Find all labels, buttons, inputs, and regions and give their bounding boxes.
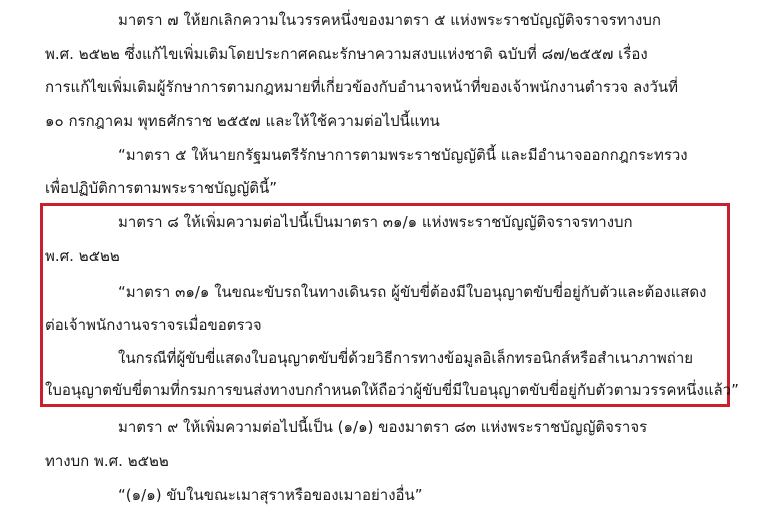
section-8-quote-line-2: ต่อเจ้าพนักงานจราจรเมื่อขอตรวจ xyxy=(45,315,262,335)
section-8-line-2: พ.ศ. ๒๕๒๒ xyxy=(45,246,120,266)
section-9-line-1: มาตรา ๙ ให้เพิ่มความต่อไปนี้เป็น (๑/๑) ข… xyxy=(118,417,647,437)
section-7-line-3: การแก้ไขเพิ่มเติมผู้รักษาการตามกฎหมายที่… xyxy=(45,77,678,97)
section-7-line-1: มาตรา ๗ ให้ยกเลิกความในวรรคหนึ่งของมาตรา… xyxy=(118,10,661,30)
section-7-line-4: ๑๐ กรกฎาคม พุทธศักราช ๒๕๕๗ และให้ใช้ความ… xyxy=(45,111,440,131)
section-7-quote-line-1: “มาตรา ๕ ให้นายกรัฐมนตรีรักษาการตามพระรา… xyxy=(118,145,688,165)
section-9-quote-line-1: “(๑/๑) ขับในขณะเมาสุราหรือของเมาอย่างอื่… xyxy=(118,485,423,505)
section-9-line-2: ทางบก พ.ศ. ๒๕๒๒ xyxy=(45,451,169,471)
section-8-line-1: มาตรา ๘ ให้เพิ่มความต่อไปนี้เป็นมาตรา ๓๑… xyxy=(118,212,633,232)
section-8-quote-line-4: ใบอนุญาตขับขี่ตามที่กรมการขนส่งทางบกกำหน… xyxy=(45,380,739,400)
section-8-quote-line-1: “มาตรา ๓๑/๑ ในขณะขับรถในทางเดินรถ ผู้ขับ… xyxy=(118,282,706,302)
section-8-quote-line-3: ในกรณีที่ผู้ขับขี่แสดงใบอนุญาตขับขี่ด้วย… xyxy=(118,348,693,368)
section-7-line-2: พ.ศ. ๒๕๒๒ ซึ่งแก้ไขเพิ่มเติมโดยประกาศคณะ… xyxy=(45,44,648,64)
highlight-box xyxy=(40,203,730,407)
section-7-quote-line-2: เพื่อปฏิบัติการตามพระราชบัญญัตินี้” xyxy=(45,178,277,198)
